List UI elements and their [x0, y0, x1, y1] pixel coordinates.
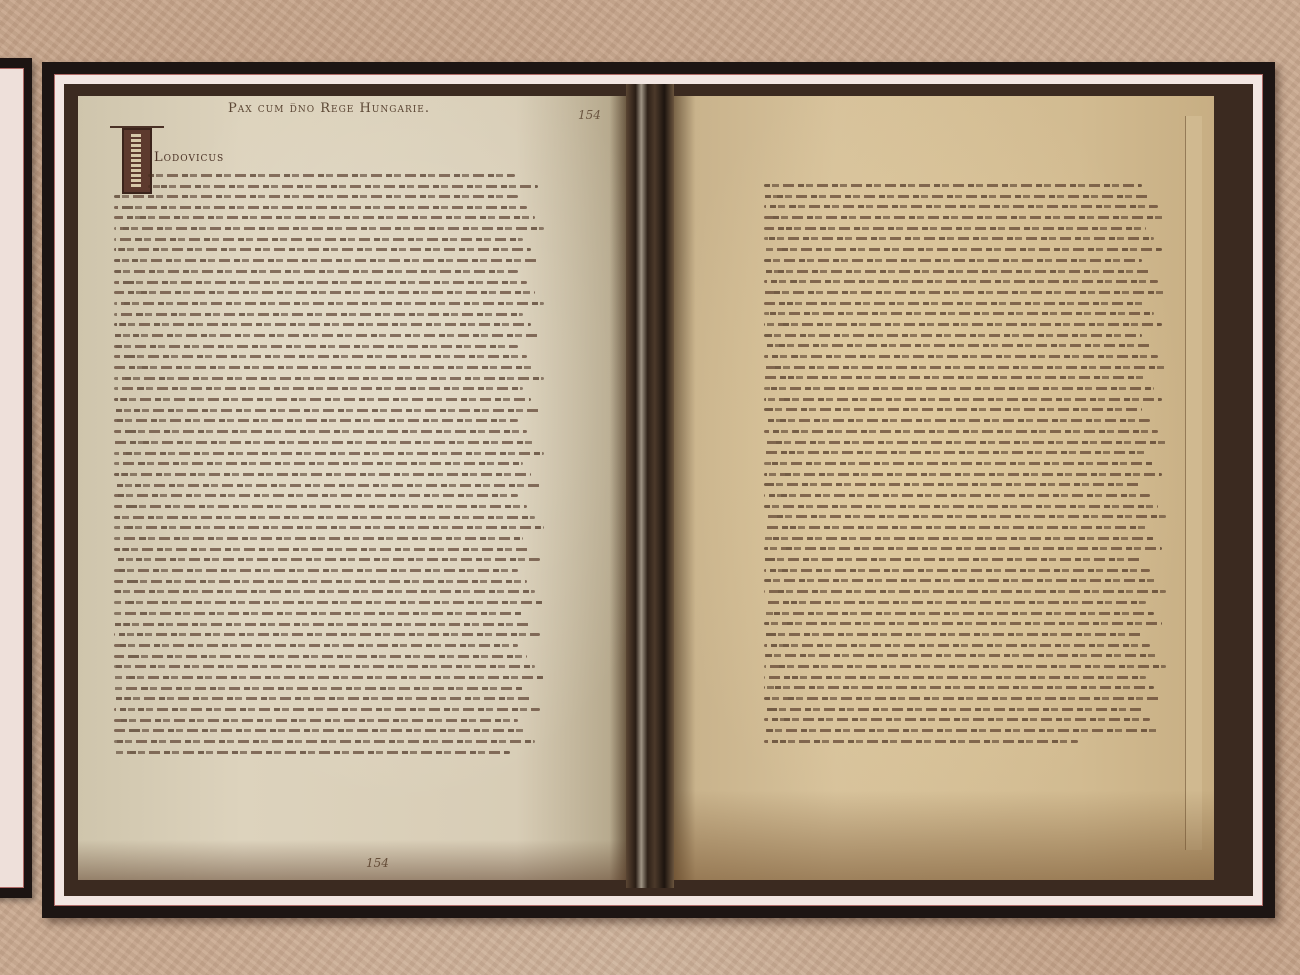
manuscript-text-line	[114, 206, 527, 209]
manuscript-text-line	[764, 248, 1162, 251]
manuscript-text-line	[114, 377, 544, 380]
manuscript-text-line	[764, 569, 1150, 572]
manuscript-text-line	[764, 729, 1158, 732]
manuscript-text-line	[114, 665, 535, 668]
folio-number-bottom: 154	[366, 856, 389, 870]
manuscript-text-line	[764, 398, 1162, 401]
manuscript-text-line	[764, 237, 1154, 240]
manuscript-text-line	[764, 665, 1166, 668]
book-gutter	[626, 84, 674, 888]
manuscript-text-line	[114, 719, 518, 722]
manuscript-text-line	[764, 473, 1162, 476]
adjacent-frame-edge	[0, 58, 32, 898]
manuscript-text-line	[114, 355, 527, 358]
manuscript-text-line	[764, 259, 1142, 262]
manuscript-text-line	[114, 259, 540, 262]
manuscript-text-line	[764, 686, 1154, 689]
manuscript-text-line	[114, 676, 544, 679]
manuscript-text-line	[114, 430, 527, 433]
manuscript-text-line	[114, 323, 531, 326]
manuscript-text-line	[764, 419, 1150, 422]
manuscript-text-line	[114, 291, 535, 294]
manuscript-text-line	[764, 654, 1158, 657]
manuscript-text-line	[114, 345, 518, 348]
manuscript-text-line	[114, 494, 518, 497]
manuscript-text-line	[764, 323, 1162, 326]
manuscript-photo: Pax cum d̅no Rege Hungarie. 154 Lodovicu…	[64, 84, 1253, 896]
right-page	[674, 96, 1214, 880]
manuscript-text-line	[148, 185, 538, 188]
manuscript-text-line	[764, 355, 1158, 358]
manuscript-text-line	[114, 484, 540, 487]
manuscript-text-line	[114, 633, 540, 636]
manuscript-text-line	[114, 505, 527, 508]
manuscript-text-line	[114, 334, 540, 337]
manuscript-text-line	[114, 248, 531, 251]
manuscript-text-line	[764, 740, 1078, 743]
manuscript-text-line	[764, 216, 1166, 219]
manuscript-text-line	[764, 205, 1158, 208]
manuscript-text-line	[114, 708, 540, 711]
manuscript-text-line	[764, 676, 1146, 679]
manuscript-text-line	[764, 227, 1146, 230]
left-page: Pax cum d̅no Rege Hungarie. 154 Lodovicu…	[78, 96, 626, 880]
manuscript-text-line	[764, 441, 1166, 444]
manuscript-text-line	[114, 516, 535, 519]
manuscript-text-line	[114, 238, 523, 241]
manuscript-text-line	[764, 344, 1150, 347]
manuscript-text-line	[764, 515, 1166, 518]
manuscript-text-line	[764, 408, 1142, 411]
manuscript-text-line	[114, 281, 527, 284]
manuscript-text-line	[764, 622, 1162, 625]
manuscript-text-line	[114, 409, 540, 412]
manuscript-text-line	[114, 452, 544, 455]
manuscript-text-line	[764, 708, 1142, 711]
manuscript-text-line	[114, 612, 523, 615]
manuscript-text-line	[114, 441, 535, 444]
manuscript-text-line	[114, 740, 535, 743]
manuscript-text-line	[764, 195, 1150, 198]
manuscript-text-line	[114, 558, 540, 561]
manuscript-text-line	[114, 270, 518, 273]
manuscript-text-line	[764, 644, 1150, 647]
manuscript-text-line	[114, 216, 535, 219]
manuscript-text-line	[764, 590, 1166, 593]
manuscript-text-line	[764, 558, 1142, 561]
picture-frame: Pax cum d̅no Rege Hungarie. 154 Lodovicu…	[42, 62, 1275, 918]
left-text-block-first	[148, 174, 538, 195]
manuscript-text-line	[114, 387, 523, 390]
manuscript-text-line	[764, 505, 1158, 508]
manuscript-text-line	[764, 387, 1154, 390]
manuscript-text-line	[114, 313, 523, 316]
manuscript-text-line	[764, 697, 1162, 700]
manuscript-text-line	[114, 462, 523, 465]
page-edge	[1185, 116, 1202, 850]
manuscript-text-line	[764, 537, 1154, 540]
manuscript-text-line	[114, 398, 531, 401]
manuscript-text-line	[764, 483, 1142, 486]
manuscript-text-line	[764, 494, 1150, 497]
manuscript-text-line	[114, 548, 531, 551]
manuscript-text-line	[764, 334, 1142, 337]
manuscript-text-line	[764, 366, 1166, 369]
manuscript-text-line	[764, 312, 1154, 315]
manuscript-text-line	[114, 697, 531, 700]
manuscript-text-line	[764, 280, 1158, 283]
manuscript-text-line	[114, 601, 544, 604]
manuscript-text-line	[764, 633, 1142, 636]
manuscript-text-line	[764, 430, 1158, 433]
page-heading: Pax cum d̅no Rege Hungarie.	[228, 101, 430, 116]
manuscript-text-line	[764, 547, 1162, 550]
manuscript-text-line	[114, 537, 523, 540]
right-text-block	[764, 184, 1166, 750]
manuscript-text-line	[114, 195, 518, 198]
manuscript-text-line	[764, 579, 1158, 582]
manuscript-text-line	[114, 366, 535, 369]
manuscript-text-line	[114, 590, 535, 593]
manuscript-text-line	[764, 462, 1154, 465]
manuscript-text-line	[114, 419, 518, 422]
manuscript-text-line	[764, 526, 1146, 529]
manuscript-text-line	[114, 580, 527, 583]
manuscript-text-line	[764, 451, 1146, 454]
manuscript-text-line	[764, 184, 1142, 187]
manuscript-text-line	[114, 729, 527, 732]
manuscript-text-line	[114, 526, 544, 529]
manuscript-text-line	[114, 687, 523, 690]
manuscript-text-line	[764, 718, 1150, 721]
folio-number-top: 154	[578, 108, 601, 122]
manuscript-text-line	[764, 302, 1146, 305]
manuscript-text-line	[114, 473, 531, 476]
manuscript-text-line	[764, 376, 1146, 379]
manuscript-text-line	[114, 302, 544, 305]
manuscript-text-line	[764, 612, 1154, 615]
manuscript-text-line	[114, 644, 518, 647]
manuscript-text-line	[764, 601, 1146, 604]
manuscript-text-line	[148, 174, 515, 177]
manuscript-text-line	[114, 655, 527, 658]
left-text-block	[114, 195, 544, 761]
manuscript-text-line	[764, 270, 1150, 273]
manuscript-text-line	[764, 291, 1166, 294]
manuscript-text-line	[114, 227, 544, 230]
adjacent-frame-mat	[0, 68, 24, 888]
incipit-word: Lodovicus	[154, 150, 224, 165]
manuscript-text-line	[114, 623, 531, 626]
manuscript-text-line	[114, 569, 518, 572]
manuscript-text-line	[114, 751, 510, 754]
